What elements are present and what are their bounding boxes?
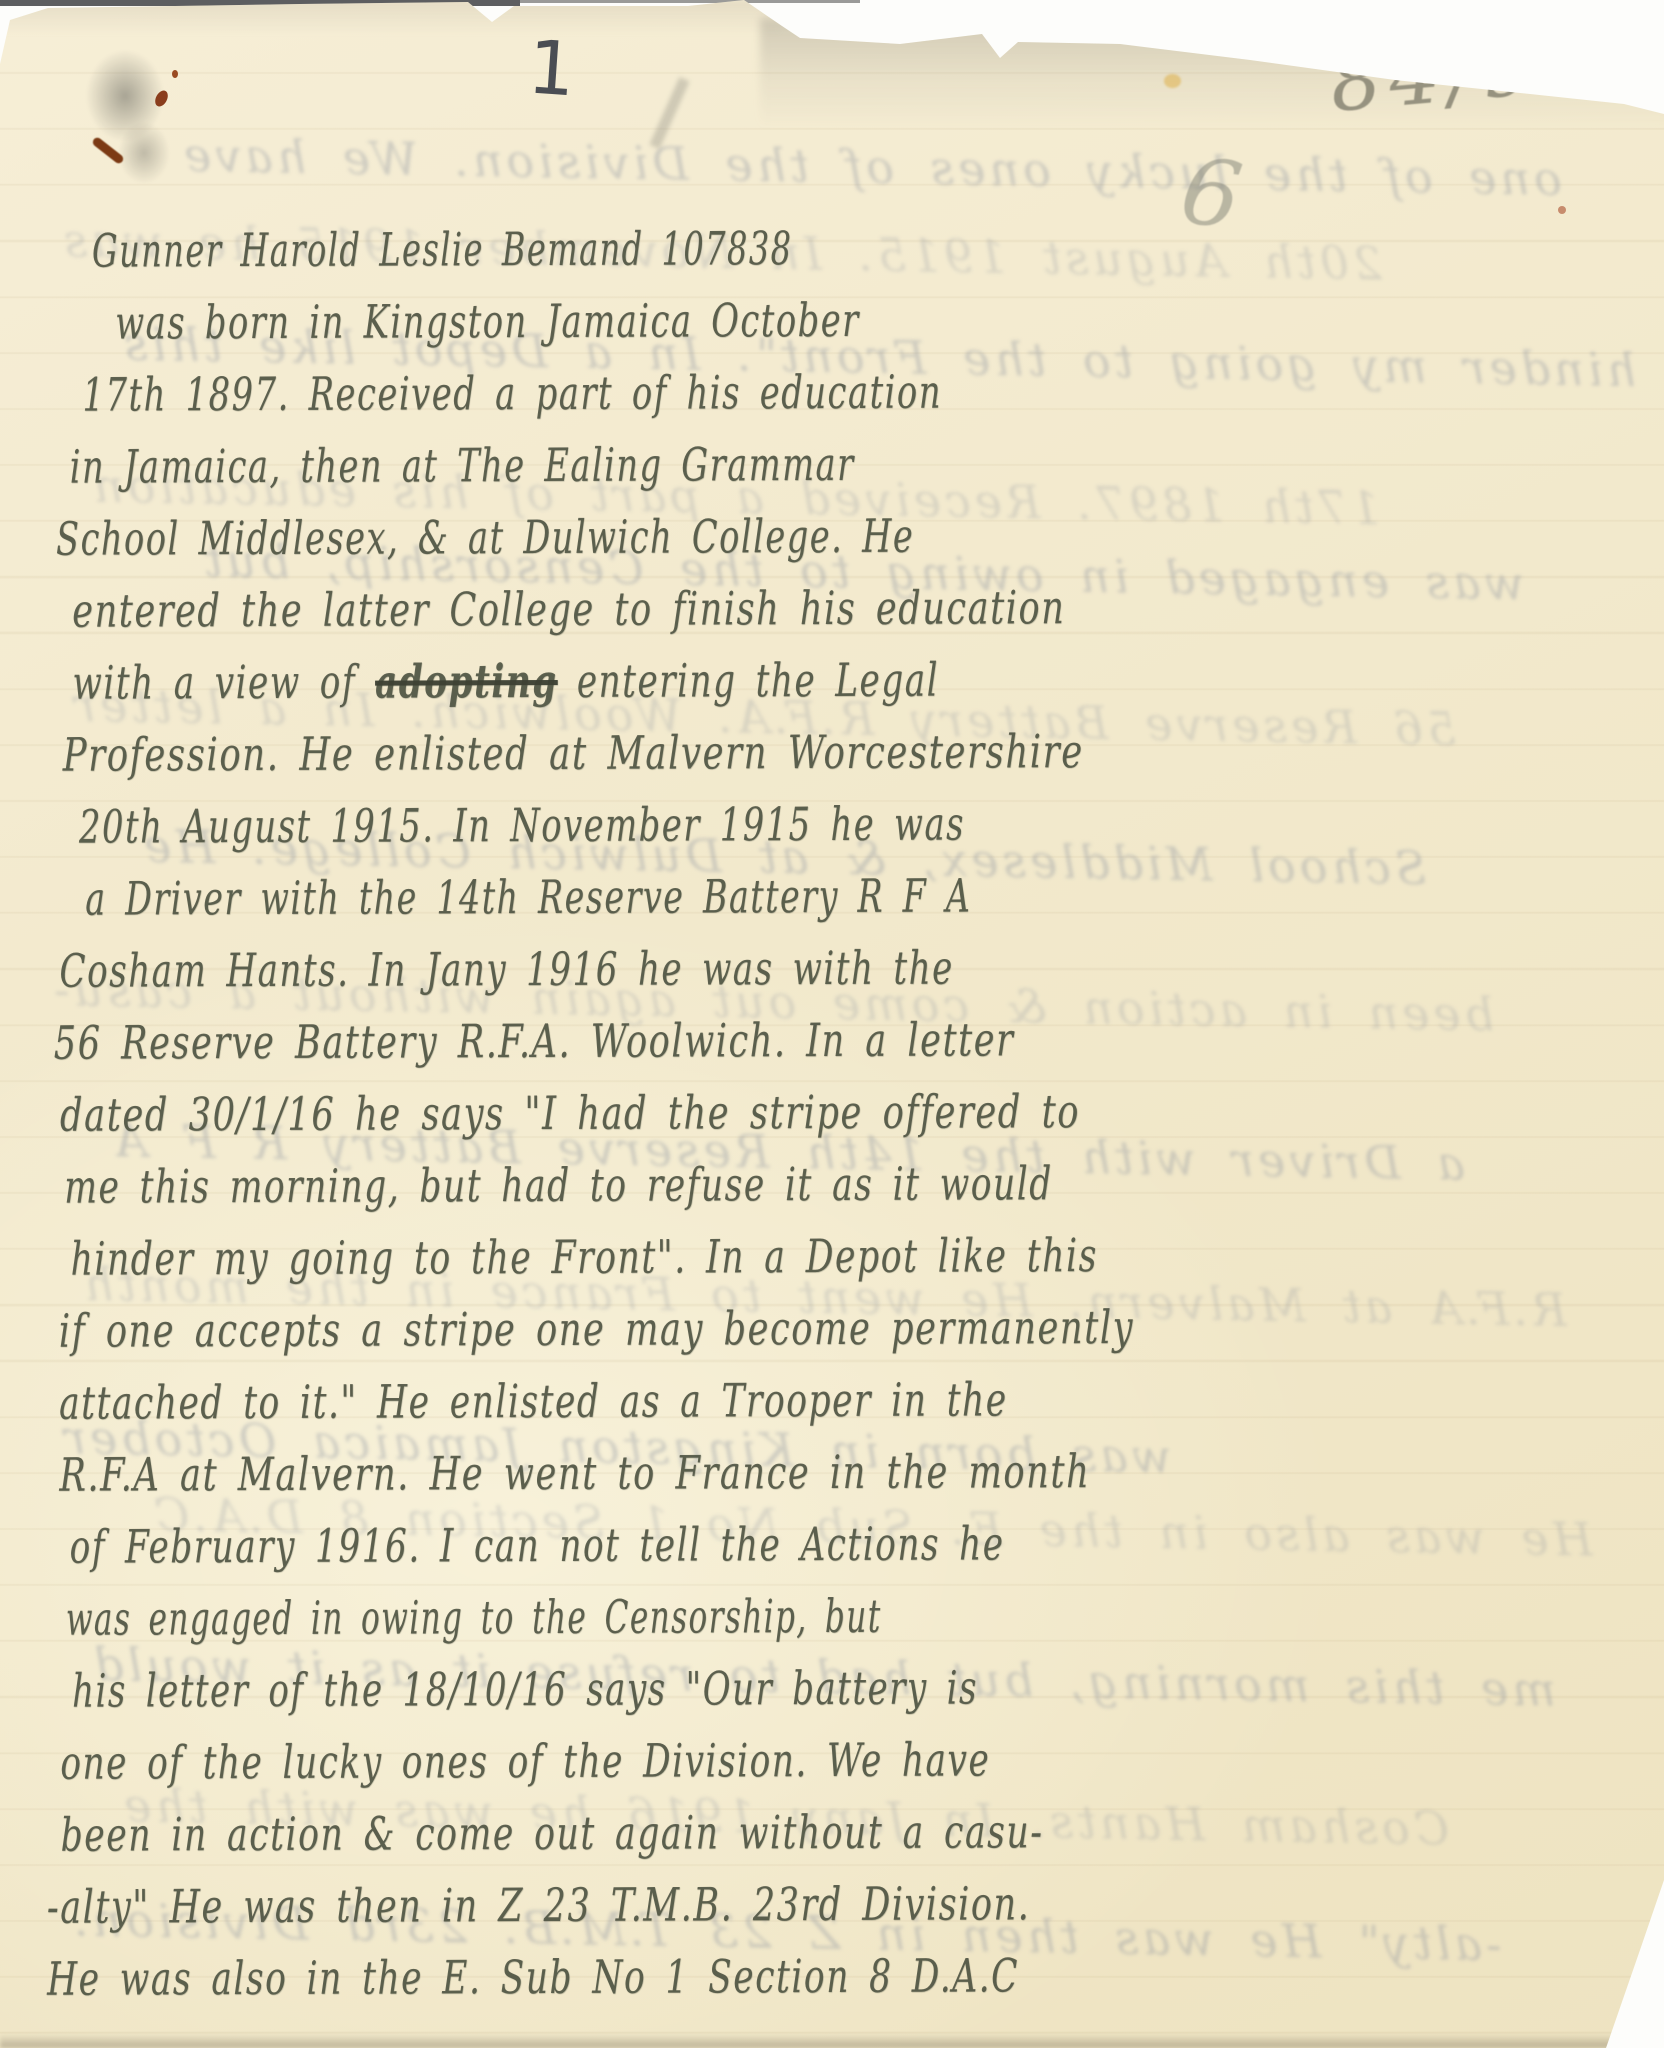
page-bottom-shadow (0, 2034, 1664, 2048)
manuscript-line: 17th 1897. Received a part of his educat… (82, 355, 1243, 431)
page-number: 1 (525, 24, 578, 113)
manuscript-line: a Driver with the 14th Reserve Battery R… (85, 859, 1229, 935)
manuscript-line: dated 30/1/16 he says "I had the stripe … (60, 1074, 1291, 1150)
manuscript-line: attached to it." He enlisted as a Troope… (59, 1362, 1264, 1438)
ink-smudge (118, 122, 170, 184)
manuscript-line: Profession. He enlisted at Malvern Worce… (63, 714, 1298, 790)
line-segment: entering the Legal (558, 653, 940, 708)
manuscript-line: been in action & come out again without … (60, 1794, 1270, 1870)
manuscript-line: if one accepts a stripe one may become p… (59, 1290, 1289, 1366)
manuscript-line: R.F.A at Malvern. He went to France in t… (59, 1434, 1289, 1510)
manuscript-line: with a view of adopting entering the Leg… (72, 643, 1257, 719)
manuscript-line: in Jamaica, then at The Ealing Grammar (70, 427, 1236, 503)
manuscript-line: Cosham Hants. In Jany 1916 he was with t… (59, 931, 1249, 1007)
manuscript-line: me this morning, but had to refuse it as… (64, 1146, 1264, 1222)
manuscript-line: 20th August 1915. In November 1915 he wa… (79, 787, 1243, 863)
manuscript-line: He was also in the E. Sub No 1 Section 8… (47, 1939, 1262, 2015)
scanner-edge-artifact (520, 0, 860, 3)
manuscript-line: was engaged in owing to the Censorship, … (66, 1579, 1151, 1655)
manuscript-line: entered the latter College to finish his… (72, 570, 1287, 646)
manuscript-line: was born in Kingston Jamaica October (115, 283, 1250, 359)
yellow-stain (1164, 74, 1181, 88)
manuscript-line: his letter of the 18/10/16 says "Our bat… (72, 1651, 1252, 1727)
bleedthrough-line: one of the lucky ones of the Division. W… (180, 128, 1563, 206)
manuscript-page: one of the lucky ones of the Division. W… (0, 0, 1664, 2048)
manuscript-line: -alty" He was then in Z 23 T.M.B. 23rd D… (47, 1866, 1282, 1942)
archive-reference-number: 84/9 (1326, 19, 1545, 130)
manuscript-line: of February 1916. I can not tell the Act… (69, 1507, 1260, 1583)
manuscript-line: School Middlesex, & at Dulwich College. … (56, 499, 1232, 575)
line-segment: with a view of (72, 655, 375, 710)
struck-word: adopting (375, 654, 558, 709)
manuscript-line: hinder my going to the Front". In a Depo… (70, 1218, 1271, 1294)
handwritten-text: Gunner Harold Leslie Bemand 107838 was b… (0, 209, 1664, 2015)
manuscript-line: Gunner Harold Leslie Bemand 107838 (92, 211, 1187, 287)
manuscript-line: 56 Reserve Battery R.F.A. Woolwich. In a… (54, 1002, 1284, 1078)
red-speck (172, 70, 178, 78)
manuscript-line: one of the lucky ones of the Division. W… (60, 1723, 1260, 1799)
